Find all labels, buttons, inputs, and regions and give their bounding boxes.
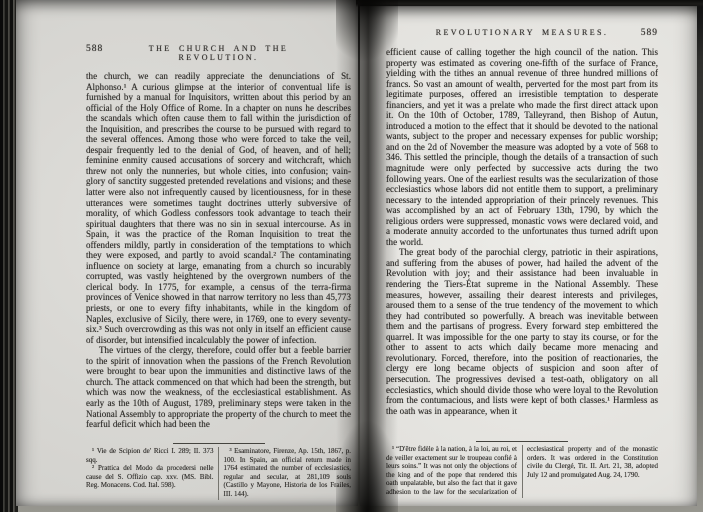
footnote-2: ² Prattica del Modo da procedersi nelle … [86,464,214,490]
left-page: 588 THE CHURCH AND THE REVOLUTION. the c… [16,0,358,506]
left-footnote-rule [173,443,265,444]
footnote-1: ¹ “D'être fidèle à la nation, à la loi, … [386,445,658,498]
right-footnote-rule [476,441,568,442]
left-paragraph: The virtues of the clergy, therefore, co… [86,345,351,429]
left-footnote-columns: ¹ Vie de Scipion de' Ricci I. 289; II. 3… [86,447,351,500]
right-paragraph-continuation: efficient cause of calling together the … [386,47,658,247]
right-page: REVOLUTIONARY MEASURES. 589 efficient ca… [360,6,697,506]
left-body-text: the church, we can readily appreciate th… [86,71,351,430]
left-footnote-area: ¹ Vie de Scipion de' Ricci I. 289; II. 3… [86,443,351,500]
left-paragraph-continuation: the church, we can readily appreciate th… [86,71,351,345]
right-footnote-area: ¹ “D'être fidèle à la nation, à la loi, … [386,441,658,498]
right-paragraph: The great body of the parochial clergy, … [386,247,658,416]
right-page-number: 589 [632,28,658,38]
left-header-title: THE CHURCH AND THE REVOLUTION. [112,44,325,62]
right-footnote-columns: ¹ “D'être fidèle à la nation, à la loi, … [386,445,658,498]
left-running-head: 588 THE CHURCH AND THE REVOLUTION. [86,44,351,62]
footnote-1: ¹ Vie de Scipion de' Ricci I. 289; II. 3… [86,447,214,464]
footnote-3: ³ Esaminatore, Firenze, Ap. 15th, 1867, … [224,447,352,499]
right-body-text: efficient cause of calling together the … [386,47,658,416]
book-photo: 588 THE CHURCH AND THE REVOLUTION. the c… [0,0,703,512]
right-header-title: REVOLUTIONARY MEASURES. [412,28,632,37]
right-running-head: REVOLUTIONARY MEASURES. 589 [386,28,658,38]
left-page-number: 588 [86,44,112,54]
